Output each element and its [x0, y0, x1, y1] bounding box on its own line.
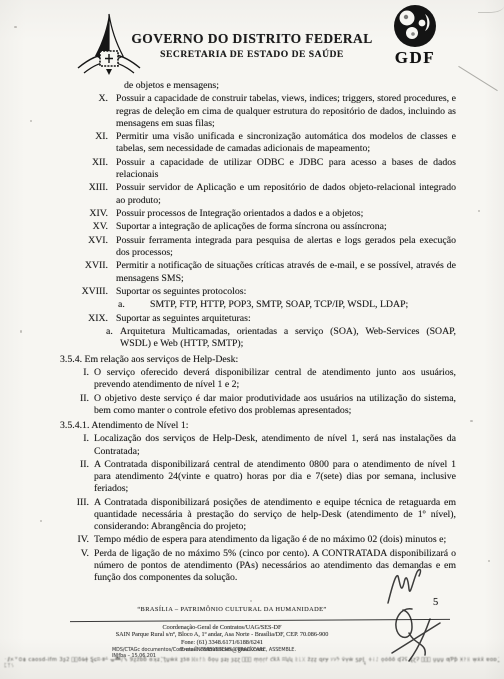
- item-numeral: XVIII.: [60, 286, 116, 298]
- item-numeral: I.: [68, 433, 94, 457]
- scan-speck: [250, 600, 252, 602]
- section-number: 3.5.4.1.: [60, 420, 89, 431]
- continuation-line: de objetos e mensagens;: [124, 80, 456, 92]
- section-title: Atendimento de Nível 1:: [91, 420, 188, 431]
- section-heading-354: 3.5.4. Em relação aos serviços de Help-D…: [60, 354, 456, 366]
- item-numeral: II.: [68, 459, 94, 496]
- list-item-xii: XII. Possuir a capacidade de utilizar OD…: [60, 157, 456, 181]
- item-text: Possuir servidor de Aplicação e um repos…: [116, 182, 456, 206]
- sub-item-text: SMTP, FTP, HTTP, POP3, SMTP, SOAP, TCP/I…: [150, 299, 456, 311]
- gdf-globe-icon: [391, 4, 439, 50]
- handwritten-signature-icon: [382, 563, 454, 667]
- section-item: IV. Tempo médio de espera para atendimen…: [68, 534, 456, 546]
- letterhead: GOVERNO DO DISTRITO FEDERAL SECRETARIA D…: [120, 31, 384, 60]
- item-numeral: XVII.: [60, 260, 116, 284]
- item-text: Possuir ferramenta integrada para pesqui…: [116, 235, 456, 259]
- item-numeral: I.: [68, 367, 94, 391]
- sub-item-protocols: a. SMTP, FTP, HTTP, POP3, SMTP, SOAP, TC…: [118, 299, 456, 311]
- list-item-xiv: XIV. Possuir processos de Integração ori…: [60, 208, 456, 220]
- list-item-xviii: XVIII. Suportar os seguintes protocolos:: [60, 286, 456, 298]
- gdf-logo-label: GDF: [388, 50, 442, 65]
- item-numeral: XV.: [60, 221, 116, 233]
- sub-item-label: a.: [118, 299, 132, 311]
- item-text: O serviço oferecido deverá disponibiliza…: [94, 367, 456, 391]
- footer-phone: Fone: (61) 3348.6171/6188/6241: [60, 639, 384, 646]
- item-text: Possuir a capacidade de construir tabela…: [116, 93, 456, 130]
- item-numeral: V.: [68, 548, 94, 585]
- list-item-x: X. Possuir a capacidade de construir tab…: [60, 93, 456, 130]
- section-number: 3.5.4.: [60, 354, 82, 365]
- item-numeral: IV.: [68, 534, 94, 546]
- item-text: Possuir processos de Integração orientad…: [116, 208, 456, 220]
- item-text: Suportar as seguintes arquiteturas:: [116, 313, 456, 325]
- item-text: Permitir uma visão unificada e sincroniz…: [116, 131, 456, 155]
- item-numeral: XIII.: [60, 182, 116, 206]
- item-numeral: XVI.: [60, 235, 116, 259]
- section-item: I. Localização dos serviços de Help-Desk…: [68, 433, 456, 457]
- item-text: A Contratada disponibilizará central de …: [94, 459, 456, 496]
- item-text: Possuir a capacidade de utilizar ODBC e …: [116, 157, 456, 181]
- scan-scratch: [478, 2, 504, 13]
- section-item: II. O objetivo deste serviço é dar maior…: [68, 393, 456, 417]
- scan-speck: [488, 560, 490, 562]
- document-body: de objetos e mensagens; X. Possuir a cap…: [60, 80, 456, 600]
- item-text: A Contratada disponibilizará posições de…: [94, 497, 456, 534]
- scan-speck: [20, 330, 22, 333]
- scan-speck: [40, 520, 42, 522]
- scan-speck: [30, 120, 32, 122]
- item-numeral: XIX.: [60, 313, 116, 325]
- footer-address: SAIN Parque Rural s/nº, Bloco A, 1º anda…: [60, 631, 384, 638]
- list-item-xi: XI. Permitir uma visão unificada e sincr…: [60, 131, 456, 155]
- section-item: III. A Contratada disponibilizará posiçõ…: [68, 497, 456, 534]
- item-numeral: III.: [68, 497, 94, 534]
- section-item: I. O serviço oferecido deverá disponibil…: [68, 367, 456, 391]
- list-item-xv: XV. Suportar a integração de aplicações …: [60, 221, 456, 233]
- section-heading-3541: 3.5.4.1. Atendimento de Nível 1:: [60, 420, 456, 432]
- item-numeral: XIV.: [60, 208, 116, 220]
- item-text: Permitir a notificação de situações crít…: [116, 260, 456, 284]
- sub-item-text: Arquitetura Multicamadas, orientadas a s…: [120, 326, 456, 350]
- item-text: Suportar os seguintes protocolos:: [116, 286, 456, 298]
- list-item-xix: XIX. Suportar as seguintes arquiteturas:: [60, 313, 456, 325]
- item-text: Tempo médio de espera para atendimento d…: [94, 534, 456, 546]
- scan-speck: [478, 210, 480, 212]
- item-text: Localização dos serviços de Help-Desk, a…: [94, 433, 456, 457]
- list-item-xiii: XIII. Possuir servidor de Aplicação e um…: [60, 182, 456, 206]
- item-numeral: XII.: [60, 157, 116, 181]
- item-numeral: X.: [60, 93, 116, 130]
- sub-item-label: a.: [106, 326, 120, 350]
- scan-speck: [14, 26, 17, 28]
- list-item-xvi: XVI. Possuir ferramenta integrada para p…: [60, 235, 456, 259]
- org-subtitle: SECRETARIA DE ESTADO DE SAÚDE: [120, 49, 384, 60]
- item-text: Suportar a integração de aplicações de f…: [116, 221, 456, 233]
- list-item-xvii: XVII. Permitir a notificação de situaçõe…: [60, 260, 456, 284]
- item-numeral: XI.: [60, 131, 116, 155]
- scan-speck: [470, 420, 473, 422]
- scanned-page: GOVERNO DO DISTRITO FEDERAL SECRETARIA D…: [0, 0, 504, 679]
- scan-scratch: [458, 66, 498, 91]
- item-numeral: II.: [68, 393, 94, 417]
- section-item: II. A Contratada disponibilizará central…: [68, 459, 456, 496]
- org-title: GOVERNO DO DISTRITO FEDERAL: [120, 31, 384, 47]
- gdf-logo: GDF: [388, 4, 442, 65]
- sub-item-architectures: a. Arquitetura Multicamadas, orientadas …: [106, 326, 456, 350]
- item-text: O objetivo deste serviço é dar maior pro…: [94, 393, 456, 417]
- section-title: Em relação aos serviços de Help-Desk:: [85, 354, 239, 365]
